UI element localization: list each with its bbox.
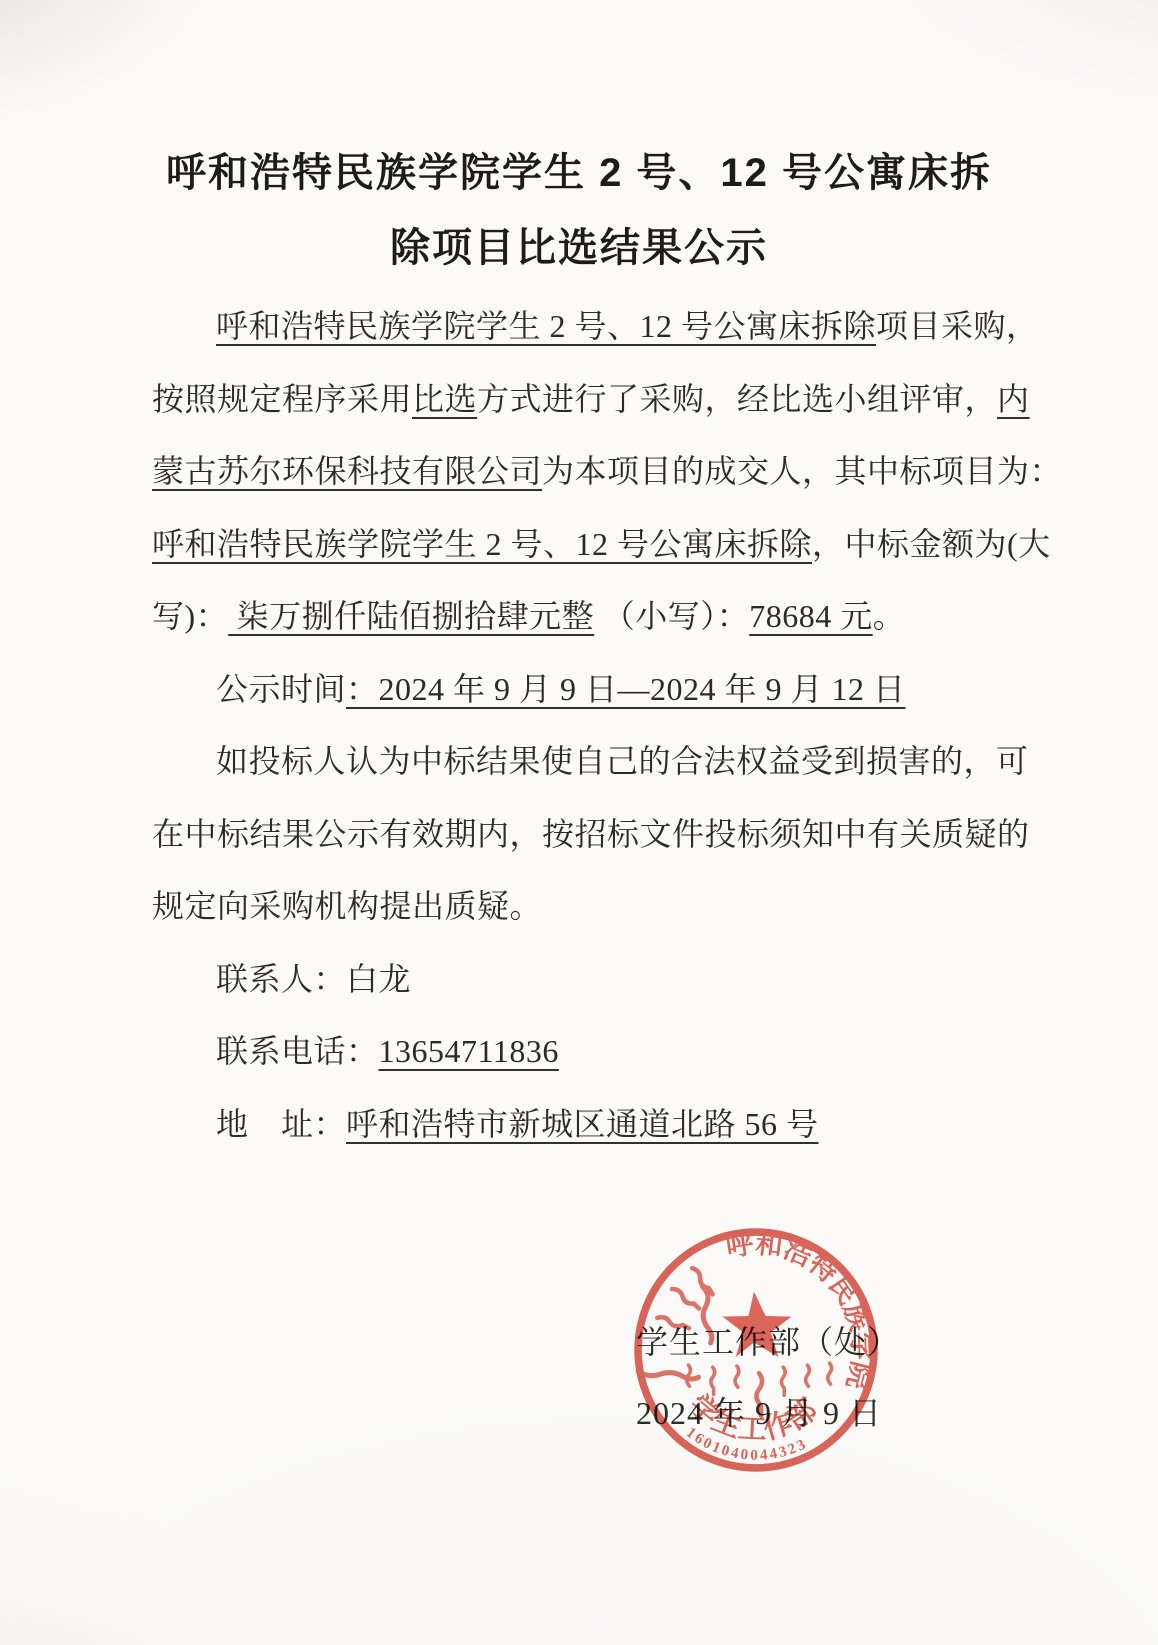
seal-arc-text: 呼和浩特民族学院 <box>724 1228 877 1393</box>
underlined-text: 呼和浩特市新城区通道北路 56 号 <box>346 1106 819 1142</box>
underlined-text: 78684 元 <box>749 598 873 634</box>
doc-line-6: 公示时间：2024 年 9 月 9 日—2024 年 9 月 12 日 <box>152 653 1032 726</box>
doc-line-2: 按照规定程序采用比选方式进行了采购，经比选小组评审，内 <box>152 363 1032 436</box>
doc-line-9: 规定向采购机构提出质疑。 <box>152 870 1032 943</box>
doc-line-3: 蒙古苏尔环保科技有限公司为本项目的成交人，其中标项目为： <box>152 435 1032 508</box>
doc-line-8: 在中标结果公示有效期内，按招标文件投标须知中有关质疑的 <box>152 798 1032 871</box>
underlined-text: ：2024 年 9 月 9 日—2024 年 9 月 12 日 <box>346 671 906 707</box>
doc-line-7: 如投标人认为中标结果使自己的合法权益受到损害的，可 <box>152 725 1032 798</box>
underlined-text: 内 <box>997 381 1030 417</box>
official-seal-stamp: 呼和浩特民族学院 学生工作部 1601040044323 <box>630 1224 882 1476</box>
scanned-document-page: 呼和浩特民族学院学生 2 号、12 号公寓床拆 除项目比选结果公示 呼和浩特民族… <box>0 0 1158 1645</box>
doc-line-4: 呼和浩特民族学院学生 2 号、12 号公寓床拆除，中标金额为(大 <box>152 508 1032 581</box>
text-segment: 联系电话： <box>216 1033 379 1069</box>
underlined-text: 蒙古苏尔环保科技有限公司 <box>152 453 542 489</box>
text-segment: 。 <box>873 598 906 634</box>
text-segment: ，中标金额为(大 <box>812 526 1051 562</box>
text-segment: 在中标结果公示有效期内，按招标文件投标须知中有关质疑的 <box>152 816 1030 852</box>
underlined-text: 呼和浩特民族学院学生 2 号、12 号公寓床拆除 <box>152 526 812 562</box>
text-segment: 项目采购， <box>876 308 1039 344</box>
doc-line-1: 呼和浩特民族学院学生 2 号、12 号公寓床拆除项目采购， <box>152 290 1032 363</box>
seal-star-icon <box>723 1292 792 1358</box>
document-title: 呼和浩特民族学院学生 2 号、12 号公寓床拆 除项目比选结果公示 <box>0 136 1158 286</box>
text-segment: （小写）： <box>594 598 749 634</box>
text-segment: 规定向采购机构提出质疑。 <box>152 888 542 924</box>
doc-line-10: 联系人：白龙 <box>152 943 1032 1016</box>
underlined-text: 比选 <box>412 381 477 417</box>
text-segment: 如投标人认为中标结果使自己的合法权益受到损害的，可 <box>216 743 1029 779</box>
doc-line-11: 联系电话：13654711836 <box>152 1015 1032 1088</box>
text-segment: 方式进行了采购，经比选小组评审， <box>477 381 997 417</box>
underlined-text: 呼和浩特民族学院学生 2 号、12 号公寓床拆除 <box>216 308 876 344</box>
underlined-text: 柒万捌仟陆佰捌拾肆元整 <box>228 598 594 634</box>
text-segment: 联系人：白龙 <box>216 961 411 997</box>
mongolian-script-decoration <box>638 1267 832 1416</box>
text-segment: 写)： <box>152 598 228 634</box>
document-body: 呼和浩特民族学院学生 2 号、12 号公寓床拆除项目采购， 按照规定程序采用比选… <box>152 290 1032 1160</box>
text-segment: 按照规定程序采用 <box>152 381 412 417</box>
doc-line-12: 地 址：呼和浩特市新城区通道北路 56 号 <box>152 1088 1032 1161</box>
document-title-line1: 呼和浩特民族学院学生 2 号、12 号公寓床拆 <box>0 136 1158 211</box>
underlined-text: 13654711836 <box>379 1033 559 1069</box>
text-segment: 公示时间 <box>216 671 346 707</box>
text-segment: 为本项目的成交人，其中标项目为： <box>542 453 1062 489</box>
doc-line-5: 写)： 柒万捌仟陆佰捌拾肆元整 （小写）：78684 元。 <box>152 580 1032 653</box>
document-title-line2: 除项目比选结果公示 <box>0 211 1158 286</box>
text-segment: 地 址： <box>216 1106 346 1142</box>
